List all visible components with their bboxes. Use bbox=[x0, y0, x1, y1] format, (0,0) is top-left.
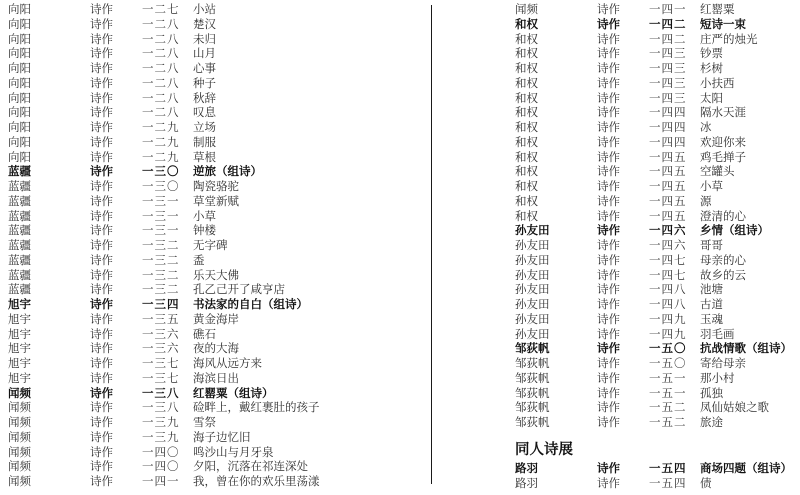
toc-page-number: 一三一 bbox=[142, 224, 180, 239]
toc-page-number: 一四七 bbox=[649, 269, 687, 284]
toc-author-name: 孙友田 bbox=[515, 239, 550, 254]
toc-genre-label: 诗作 bbox=[90, 210, 113, 225]
toc-genre-label: 诗作 bbox=[597, 298, 620, 313]
toc-author-name: 蓝疆 bbox=[8, 210, 31, 225]
toc-page-number: 一三二 bbox=[142, 254, 180, 269]
toc-page-number: 一五一 bbox=[649, 372, 687, 387]
toc-row: 向阳 诗作 一二九 草根 bbox=[0, 151, 430, 166]
toc-right-column: 闻频 诗作 一四一 红罂粟 和权 诗作 一四二 短诗一束 和权 诗作 一四二 庄… bbox=[507, 3, 800, 491]
toc-page-number: 一四五 bbox=[649, 210, 687, 225]
column-divider-line bbox=[431, 5, 432, 484]
toc-genre-label: 诗作 bbox=[597, 18, 620, 33]
toc-poem-title: 太阳 bbox=[700, 92, 723, 107]
toc-page-number: 一三七 bbox=[142, 357, 180, 372]
toc-author-name: 闻频 bbox=[8, 446, 31, 461]
toc-author-name: 孙友田 bbox=[515, 224, 550, 239]
toc-author-name: 和权 bbox=[515, 18, 538, 33]
toc-row: 蓝疆 诗作 一三〇 逆旅（组诗） bbox=[0, 165, 430, 180]
toc-row: 向阳 诗作 一二八 秋辞 bbox=[0, 92, 430, 107]
toc-row: 向阳 诗作 一二九 制服 bbox=[0, 136, 430, 151]
toc-row: 蓝疆 诗作 一三二 无字碑 bbox=[0, 239, 430, 254]
toc-poem-title: 我，曾在你的欢乐里荡漾 bbox=[193, 475, 320, 490]
toc-poem-title: 哥哥 bbox=[700, 239, 723, 254]
toc-page-number: 一四九 bbox=[649, 328, 687, 343]
toc-row: 孙友田 诗作 一四六 哥哥 bbox=[507, 239, 800, 254]
toc-author-name: 向阳 bbox=[8, 18, 31, 33]
toc-genre-label: 诗作 bbox=[597, 136, 620, 151]
toc-page-number: 一二八 bbox=[142, 106, 180, 121]
toc-page-number: 一三九 bbox=[142, 431, 180, 446]
toc-poem-title: 立场 bbox=[193, 121, 216, 136]
toc-author-name: 和权 bbox=[515, 77, 538, 92]
toc-poem-title: 秋辞 bbox=[193, 92, 216, 107]
toc-poem-title: 孤独 bbox=[700, 387, 723, 402]
toc-genre-label: 诗作 bbox=[597, 62, 620, 77]
toc-author-name: 向阳 bbox=[8, 33, 31, 48]
toc-genre-label: 诗作 bbox=[90, 165, 113, 180]
toc-genre-label: 诗作 bbox=[90, 180, 113, 195]
toc-genre-label: 诗作 bbox=[90, 254, 113, 269]
toc-author-name: 向阳 bbox=[8, 151, 31, 166]
toc-poem-title: 礁石 bbox=[193, 328, 216, 343]
toc-row: 向阳 诗作 一二八 未归 bbox=[0, 33, 430, 48]
toc-row: 蓝疆 诗作 一三二 乐天大佛 bbox=[0, 269, 430, 284]
toc-poem-title: 庄严的烛光 bbox=[700, 33, 758, 48]
toc-poem-title: 草堂新赋 bbox=[193, 195, 239, 210]
toc-row: 邹荻帆 诗作 一五一 孤独 bbox=[507, 387, 800, 402]
toc-row: 邹荻帆 诗作 一五二 旅途 bbox=[507, 416, 800, 431]
toc-page-number: 一四二 bbox=[649, 18, 687, 33]
toc-author-name: 旭宇 bbox=[8, 313, 31, 328]
toc-page-number: 一二九 bbox=[142, 121, 180, 136]
toc-poem-title: 海滨日出 bbox=[193, 372, 239, 387]
toc-genre-label: 诗作 bbox=[90, 18, 113, 33]
toc-poem-title: 叹息 bbox=[193, 106, 216, 121]
toc-genre-label: 诗作 bbox=[597, 121, 620, 136]
toc-genre-label: 诗作 bbox=[90, 92, 113, 107]
toc-row: 和权 诗作 一四二 庄严的烛光 bbox=[507, 33, 800, 48]
toc-page-number: 一三九 bbox=[142, 416, 180, 431]
toc-row: 旭宇 诗作 一三六 夜的大海 bbox=[0, 342, 430, 357]
toc-genre-label: 诗作 bbox=[90, 195, 113, 210]
toc-row: 和权 诗作 一四四 隔水天涯 bbox=[507, 106, 800, 121]
toc-poem-title: 书法家的自白（组诗） bbox=[193, 298, 308, 313]
toc-author-name: 蓝疆 bbox=[8, 283, 31, 298]
toc-genre-label: 诗作 bbox=[597, 372, 620, 387]
toc-row: 闻频 诗作 一四〇 鸣沙山与月牙泉 bbox=[0, 446, 430, 461]
toc-genre-label: 诗作 bbox=[90, 416, 113, 431]
toc-page-number: 一四六 bbox=[649, 224, 687, 239]
toc-poem-title: 小草 bbox=[700, 180, 723, 195]
toc-genre-label: 诗作 bbox=[597, 180, 620, 195]
toc-page-number: 一二八 bbox=[142, 47, 180, 62]
toc-row: 孙友田 诗作 一四七 故乡的云 bbox=[507, 269, 800, 284]
toc-row: 和权 诗作 一四三 太阳 bbox=[507, 92, 800, 107]
toc-genre-label: 诗作 bbox=[597, 47, 620, 62]
toc-genre-label: 诗作 bbox=[597, 313, 620, 328]
toc-genre-label: 诗作 bbox=[90, 151, 113, 166]
toc-row: 向阳 诗作 一二八 山月 bbox=[0, 47, 430, 62]
toc-page-number: 一四九 bbox=[649, 313, 687, 328]
toc-author-name: 邹荻帆 bbox=[515, 372, 550, 387]
toc-page-number: 一四一 bbox=[649, 3, 687, 18]
toc-poem-title: 心事 bbox=[193, 62, 216, 77]
toc-row: 旭宇 诗作 一三六 礁石 bbox=[0, 328, 430, 343]
toc-genre-label: 诗作 bbox=[90, 33, 113, 48]
toc-row: 蓝疆 诗作 一三一 钟楼 bbox=[0, 224, 430, 239]
toc-genre-label: 诗作 bbox=[90, 313, 113, 328]
toc-poem-title: 乐天大佛 bbox=[193, 269, 239, 284]
toc-genre-label: 诗作 bbox=[597, 269, 620, 284]
toc-row: 路羽 诗作 一五四 债 bbox=[507, 477, 800, 492]
toc-poem-title: 楚汉 bbox=[193, 18, 216, 33]
toc-page-number: 一四二 bbox=[649, 33, 687, 48]
toc-poem-title: 红罂粟（组诗） bbox=[193, 387, 274, 402]
toc-author-name: 孙友田 bbox=[515, 328, 550, 343]
toc-page-number: 一四八 bbox=[649, 283, 687, 298]
toc-row: 向阳 诗作 一二九 立场 bbox=[0, 121, 430, 136]
toc-poem-title: 夕阳，沉落在祁连深处 bbox=[193, 460, 308, 475]
toc-genre-label: 诗作 bbox=[597, 342, 620, 357]
toc-row: 孙友田 诗作 一四八 池塘 bbox=[507, 283, 800, 298]
toc-page-number: 一三六 bbox=[142, 342, 180, 357]
toc-author-name: 蓝疆 bbox=[8, 195, 31, 210]
toc-genre-label: 诗作 bbox=[597, 387, 620, 402]
toc-author-name: 闻频 bbox=[8, 431, 31, 446]
toc-genre-label: 诗作 bbox=[90, 47, 113, 62]
toc-author-name: 向阳 bbox=[8, 47, 31, 62]
toc-genre-label: 诗作 bbox=[90, 460, 113, 475]
toc-poem-title: 钞票 bbox=[700, 47, 723, 62]
toc-genre-label: 诗作 bbox=[597, 283, 620, 298]
toc-poem-title: 种子 bbox=[193, 77, 216, 92]
toc-row: 和权 诗作 一四五 澄清的心 bbox=[507, 210, 800, 225]
toc-genre-label: 诗作 bbox=[90, 239, 113, 254]
toc-poem-title: 逆旅（组诗） bbox=[193, 165, 262, 180]
toc-genre-label: 诗作 bbox=[90, 401, 113, 416]
toc-poem-title: 草根 bbox=[193, 151, 216, 166]
toc-poem-title: 小站 bbox=[193, 3, 216, 18]
toc-author-name: 旭宇 bbox=[8, 328, 31, 343]
toc-author-name: 闻频 bbox=[8, 401, 31, 416]
toc-row: 旭宇 诗作 一三四 书法家的自白（组诗） bbox=[0, 298, 430, 313]
toc-poem-title: 欢迎你来 bbox=[700, 136, 746, 151]
toc-row: 邹荻帆 诗作 一五〇 寄给母亲 bbox=[507, 357, 800, 372]
toc-row: 向阳 诗作 一二八 叹息 bbox=[0, 106, 430, 121]
toc-poem-title: 冰 bbox=[700, 121, 712, 136]
toc-page-number: 一三二 bbox=[142, 283, 180, 298]
toc-genre-label: 诗作 bbox=[90, 136, 113, 151]
toc-author-name: 孙友田 bbox=[515, 283, 550, 298]
toc-page-number: 一四五 bbox=[649, 151, 687, 166]
toc-poem-title: 玉魂 bbox=[700, 313, 723, 328]
toc-author-name: 和权 bbox=[515, 62, 538, 77]
toc-poem-title: 池塘 bbox=[700, 283, 723, 298]
toc-genre-label: 诗作 bbox=[597, 92, 620, 107]
toc-author-name: 邹荻帆 bbox=[515, 387, 550, 402]
toc-poem-title: 杉树 bbox=[700, 62, 723, 77]
toc-author-name: 向阳 bbox=[8, 62, 31, 77]
toc-poem-title: 乡情（组诗） bbox=[700, 224, 769, 239]
toc-poem-title: 盉 bbox=[193, 254, 205, 269]
toc-author-name: 路羽 bbox=[515, 462, 538, 477]
toc-author-name: 邹荻帆 bbox=[515, 357, 550, 372]
toc-genre-label: 诗作 bbox=[90, 298, 113, 313]
toc-page-number: 一二九 bbox=[142, 151, 180, 166]
toc-row: 路羽 诗作 一五四 商场四题（组诗） bbox=[507, 462, 800, 477]
toc-genre-label: 诗作 bbox=[90, 121, 113, 136]
toc-row: 孙友田 诗作 一四九 羽毛画 bbox=[507, 328, 800, 343]
toc-poem-title: 寄给母亲 bbox=[700, 357, 746, 372]
toc-row: 孙友田 诗作 一四七 母亲的心 bbox=[507, 254, 800, 269]
toc-genre-label: 诗作 bbox=[597, 210, 620, 225]
toc-row: 旭宇 诗作 一三七 海风从远方来 bbox=[0, 357, 430, 372]
toc-genre-label: 诗作 bbox=[90, 446, 113, 461]
toc-author-name: 闻频 bbox=[8, 387, 31, 402]
toc-author-name: 向阳 bbox=[8, 136, 31, 151]
toc-page-number: 一四三 bbox=[649, 77, 687, 92]
toc-author-name: 闻频 bbox=[515, 3, 538, 18]
toc-genre-label: 诗作 bbox=[597, 416, 620, 431]
toc-poem-title: 旅途 bbox=[700, 416, 723, 431]
toc-row: 闻频 诗作 一三九 海子边忆旧 bbox=[0, 431, 430, 446]
toc-page-number: 一四五 bbox=[649, 195, 687, 210]
toc-genre-label: 诗作 bbox=[90, 283, 113, 298]
toc-genre-label: 诗作 bbox=[597, 401, 620, 416]
toc-page-number: 一三五 bbox=[142, 313, 180, 328]
toc-poem-title: 陶瓷骆驼 bbox=[193, 180, 239, 195]
toc-poem-title: 制服 bbox=[193, 136, 216, 151]
toc-row: 孙友田 诗作 一四九 玉魂 bbox=[507, 313, 800, 328]
toc-row: 孙友田 诗作 一四六 乡情（组诗） bbox=[507, 224, 800, 239]
toc-genre-label: 诗作 bbox=[90, 269, 113, 284]
toc-genre-label: 诗作 bbox=[90, 77, 113, 92]
toc-poem-title: 硷畔上，戴红裹肚的孩子 bbox=[193, 401, 320, 416]
toc-poem-title: 孔乙己开了咸亨店 bbox=[193, 283, 285, 298]
toc-row: 蓝疆 诗作 一三二 盉 bbox=[0, 254, 430, 269]
toc-poem-title: 鸣沙山与月牙泉 bbox=[193, 446, 274, 461]
toc-row: 孙友田 诗作 一四八 古道 bbox=[507, 298, 800, 313]
toc-author-name: 闻频 bbox=[8, 460, 31, 475]
toc-author-name: 旭宇 bbox=[8, 372, 31, 387]
toc-page-number: 一五二 bbox=[649, 416, 687, 431]
toc-row: 邹荻帆 诗作 一五二 凤仙姑娘之歌 bbox=[507, 401, 800, 416]
toc-poem-title: 空罐头 bbox=[700, 165, 735, 180]
toc-author-name: 孙友田 bbox=[515, 269, 550, 284]
toc-poem-title: 小草 bbox=[193, 210, 216, 225]
toc-row: 蓝疆 诗作 一三一 小草 bbox=[0, 210, 430, 225]
toc-row: 邹荻帆 诗作 一五一 那小村 bbox=[507, 372, 800, 387]
toc-row: 向阳 诗作 一二八 心事 bbox=[0, 62, 430, 77]
toc-page-number: 一五一 bbox=[649, 387, 687, 402]
toc-page-number: 一四七 bbox=[649, 254, 687, 269]
toc-genre-label: 诗作 bbox=[597, 151, 620, 166]
toc-poem-title: 古道 bbox=[700, 298, 723, 313]
toc-author-name: 向阳 bbox=[8, 121, 31, 136]
toc-row: 蓝疆 诗作 一三〇 陶瓷骆驼 bbox=[0, 180, 430, 195]
toc-row: 和权 诗作 一四三 钞票 bbox=[507, 47, 800, 62]
toc-poem-title: 山月 bbox=[193, 47, 216, 62]
toc-poem-title: 海子边忆旧 bbox=[193, 431, 251, 446]
toc-poem-title: 债 bbox=[700, 477, 712, 492]
toc-author-name: 和权 bbox=[515, 121, 538, 136]
toc-poem-title: 小扶西 bbox=[700, 77, 735, 92]
toc-genre-label: 诗作 bbox=[90, 328, 113, 343]
toc-page-number: 一二八 bbox=[142, 92, 180, 107]
toc-row: 闻频 诗作 一三八 红罂粟（组诗） bbox=[0, 387, 430, 402]
toc-author-name: 向阳 bbox=[8, 77, 31, 92]
toc-poem-title: 夜的大海 bbox=[193, 342, 239, 357]
toc-row: 闻频 诗作 一三九 雪祭 bbox=[0, 416, 430, 431]
toc-page-number: 一三四 bbox=[142, 298, 180, 313]
toc-author-name: 和权 bbox=[515, 151, 538, 166]
toc-page-number: 一四八 bbox=[649, 298, 687, 313]
toc-genre-label: 诗作 bbox=[90, 106, 113, 121]
toc-genre-label: 诗作 bbox=[90, 3, 113, 18]
toc-poem-title: 红罂粟 bbox=[700, 3, 735, 18]
toc-author-name: 和权 bbox=[515, 180, 538, 195]
toc-page-number: 一四五 bbox=[649, 180, 687, 195]
toc-genre-label: 诗作 bbox=[597, 165, 620, 180]
toc-author-name: 蓝疆 bbox=[8, 165, 31, 180]
toc-row: 和权 诗作 一四四 欢迎你来 bbox=[507, 136, 800, 151]
toc-page-number: 一二八 bbox=[142, 77, 180, 92]
toc-author-name: 路羽 bbox=[515, 477, 538, 492]
toc-page-number: 一四四 bbox=[649, 136, 687, 151]
toc-genre-label: 诗作 bbox=[90, 372, 113, 387]
toc-page-number: 一三二 bbox=[142, 269, 180, 284]
toc-author-name: 和权 bbox=[515, 210, 538, 225]
toc-page-number: 一四四 bbox=[649, 106, 687, 121]
toc-author-name: 闻频 bbox=[8, 416, 31, 431]
toc-author-name: 和权 bbox=[515, 92, 538, 107]
toc-genre-label: 诗作 bbox=[90, 357, 113, 372]
toc-page-number: 一三〇 bbox=[142, 180, 180, 195]
toc-genre-label: 诗作 bbox=[597, 477, 620, 492]
toc-poem-title: 母亲的心 bbox=[700, 254, 746, 269]
toc-genre-label: 诗作 bbox=[597, 462, 620, 477]
toc-poem-title: 雪祭 bbox=[193, 416, 216, 431]
toc-row: 闻频 诗作 一三八 硷畔上，戴红裹肚的孩子 bbox=[0, 401, 430, 416]
toc-page-number: 一五〇 bbox=[649, 342, 687, 357]
toc-genre-label: 诗作 bbox=[597, 239, 620, 254]
toc-left-rows: 向阳 诗作 一二七 小站 向阳 诗作 一二八 楚汉 向阳 诗作 一二八 未归 向… bbox=[0, 3, 430, 490]
toc-poem-title: 羽毛画 bbox=[700, 328, 735, 343]
toc-poem-title: 源 bbox=[700, 195, 712, 210]
toc-author-name: 蓝疆 bbox=[8, 254, 31, 269]
toc-author-name: 旭宇 bbox=[8, 298, 31, 313]
toc-page-number: 一二七 bbox=[142, 3, 180, 18]
toc-author-name: 向阳 bbox=[8, 92, 31, 107]
toc-page-number: 一四三 bbox=[649, 92, 687, 107]
toc-poem-title: 故乡的云 bbox=[700, 269, 746, 284]
toc-author-name: 孙友田 bbox=[515, 298, 550, 313]
toc-page-number: 一二八 bbox=[142, 33, 180, 48]
toc-genre-label: 诗作 bbox=[597, 357, 620, 372]
toc-poem-title: 抗战情歌（组诗） bbox=[700, 342, 792, 357]
toc-page-number: 一四五 bbox=[649, 165, 687, 180]
toc-author-name: 和权 bbox=[515, 106, 538, 121]
toc-author-name: 旭宇 bbox=[8, 357, 31, 372]
toc-row: 和权 诗作 一四五 空罐头 bbox=[507, 165, 800, 180]
toc-genre-label: 诗作 bbox=[90, 224, 113, 239]
toc-row: 蓝疆 诗作 一三一 草堂新赋 bbox=[0, 195, 430, 210]
toc-poem-title: 未归 bbox=[193, 33, 216, 48]
toc-page-number: 一三二 bbox=[142, 239, 180, 254]
toc-page-number: 一五〇 bbox=[649, 357, 687, 372]
toc-page-number: 一三一 bbox=[142, 210, 180, 225]
toc-author-name: 向阳 bbox=[8, 3, 31, 18]
toc-page-number: 一三七 bbox=[142, 372, 180, 387]
toc-author-name: 蓝疆 bbox=[8, 180, 31, 195]
toc-page-number: 一四四 bbox=[649, 121, 687, 136]
toc-right-rows: 闻频 诗作 一四一 红罂粟 和权 诗作 一四二 短诗一束 和权 诗作 一四二 庄… bbox=[507, 3, 800, 431]
toc-genre-label: 诗作 bbox=[90, 342, 113, 357]
toc-author-name: 蓝疆 bbox=[8, 269, 31, 284]
toc-author-name: 孙友田 bbox=[515, 313, 550, 328]
toc-genre-label: 诗作 bbox=[90, 475, 113, 490]
toc-row: 闻频 诗作 一四一 红罂粟 bbox=[507, 3, 800, 18]
toc-row: 和权 诗作 一四三 小扶西 bbox=[507, 77, 800, 92]
toc-page-number: 一三八 bbox=[142, 387, 180, 402]
toc-author-name: 和权 bbox=[515, 165, 538, 180]
toc-row: 闻频 诗作 一四一 我，曾在你的欢乐里荡漾 bbox=[0, 475, 430, 490]
toc-author-name: 闻频 bbox=[8, 475, 31, 490]
toc-row: 蓝疆 诗作 一三二 孔乙己开了咸亨店 bbox=[0, 283, 430, 298]
toc-genre-label: 诗作 bbox=[597, 77, 620, 92]
toc-author-name: 和权 bbox=[515, 47, 538, 62]
toc-row: 旭宇 诗作 一三五 黄金海岸 bbox=[0, 313, 430, 328]
toc-row: 向阳 诗作 一二八 楚汉 bbox=[0, 18, 430, 33]
toc-left-column: 向阳 诗作 一二七 小站 向阳 诗作 一二八 楚汉 向阳 诗作 一二八 未归 向… bbox=[0, 3, 430, 490]
toc-row: 向阳 诗作 一二八 种子 bbox=[0, 77, 430, 92]
toc-row: 邹荻帆 诗作 一五〇 抗战情歌（组诗） bbox=[507, 342, 800, 357]
toc-author-name: 和权 bbox=[515, 33, 538, 48]
toc-genre-label: 诗作 bbox=[597, 3, 620, 18]
toc-page-number: 一五二 bbox=[649, 401, 687, 416]
toc-author-name: 孙友田 bbox=[515, 254, 550, 269]
toc-page-number: 一五四 bbox=[649, 477, 687, 492]
toc-page-number: 一二八 bbox=[142, 62, 180, 77]
toc-genre-label: 诗作 bbox=[597, 224, 620, 239]
toc-page-number: 一五四 bbox=[649, 462, 687, 477]
toc-page-number: 一四〇 bbox=[142, 446, 180, 461]
toc-author-name: 邹荻帆 bbox=[515, 416, 550, 431]
toc-poem-title: 钟楼 bbox=[193, 224, 216, 239]
toc-page-number: 一四〇 bbox=[142, 460, 180, 475]
toc-genre-label: 诗作 bbox=[597, 254, 620, 269]
toc-author-name: 和权 bbox=[515, 136, 538, 151]
toc-genre-label: 诗作 bbox=[597, 33, 620, 48]
toc-poem-title: 海风从远方来 bbox=[193, 357, 262, 372]
toc-row: 旭宇 诗作 一三七 海滨日出 bbox=[0, 372, 430, 387]
toc-genre-label: 诗作 bbox=[90, 387, 113, 402]
toc-row: 闻频 诗作 一四〇 夕阳，沉落在祁连深处 bbox=[0, 460, 430, 475]
toc-genre-label: 诗作 bbox=[90, 62, 113, 77]
toc-author-name: 和权 bbox=[515, 195, 538, 210]
toc-author-name: 蓝疆 bbox=[8, 224, 31, 239]
toc-poem-title: 黄金海岸 bbox=[193, 313, 239, 328]
toc-row: 和权 诗作 一四五 小草 bbox=[507, 180, 800, 195]
toc-section-rows: 路羽 诗作 一五四 商场四题（组诗） 路羽 诗作 一五四 债 bbox=[507, 462, 800, 492]
toc-poem-title: 短诗一束 bbox=[700, 18, 746, 33]
toc-page-number: 一四一 bbox=[142, 475, 180, 490]
toc-row: 和权 诗作 一四四 冰 bbox=[507, 121, 800, 136]
toc-author-name: 旭宇 bbox=[8, 342, 31, 357]
toc-poem-title: 那小村 bbox=[700, 372, 735, 387]
toc-page-number: 一四三 bbox=[649, 47, 687, 62]
toc-author-name: 邹荻帆 bbox=[515, 342, 550, 357]
